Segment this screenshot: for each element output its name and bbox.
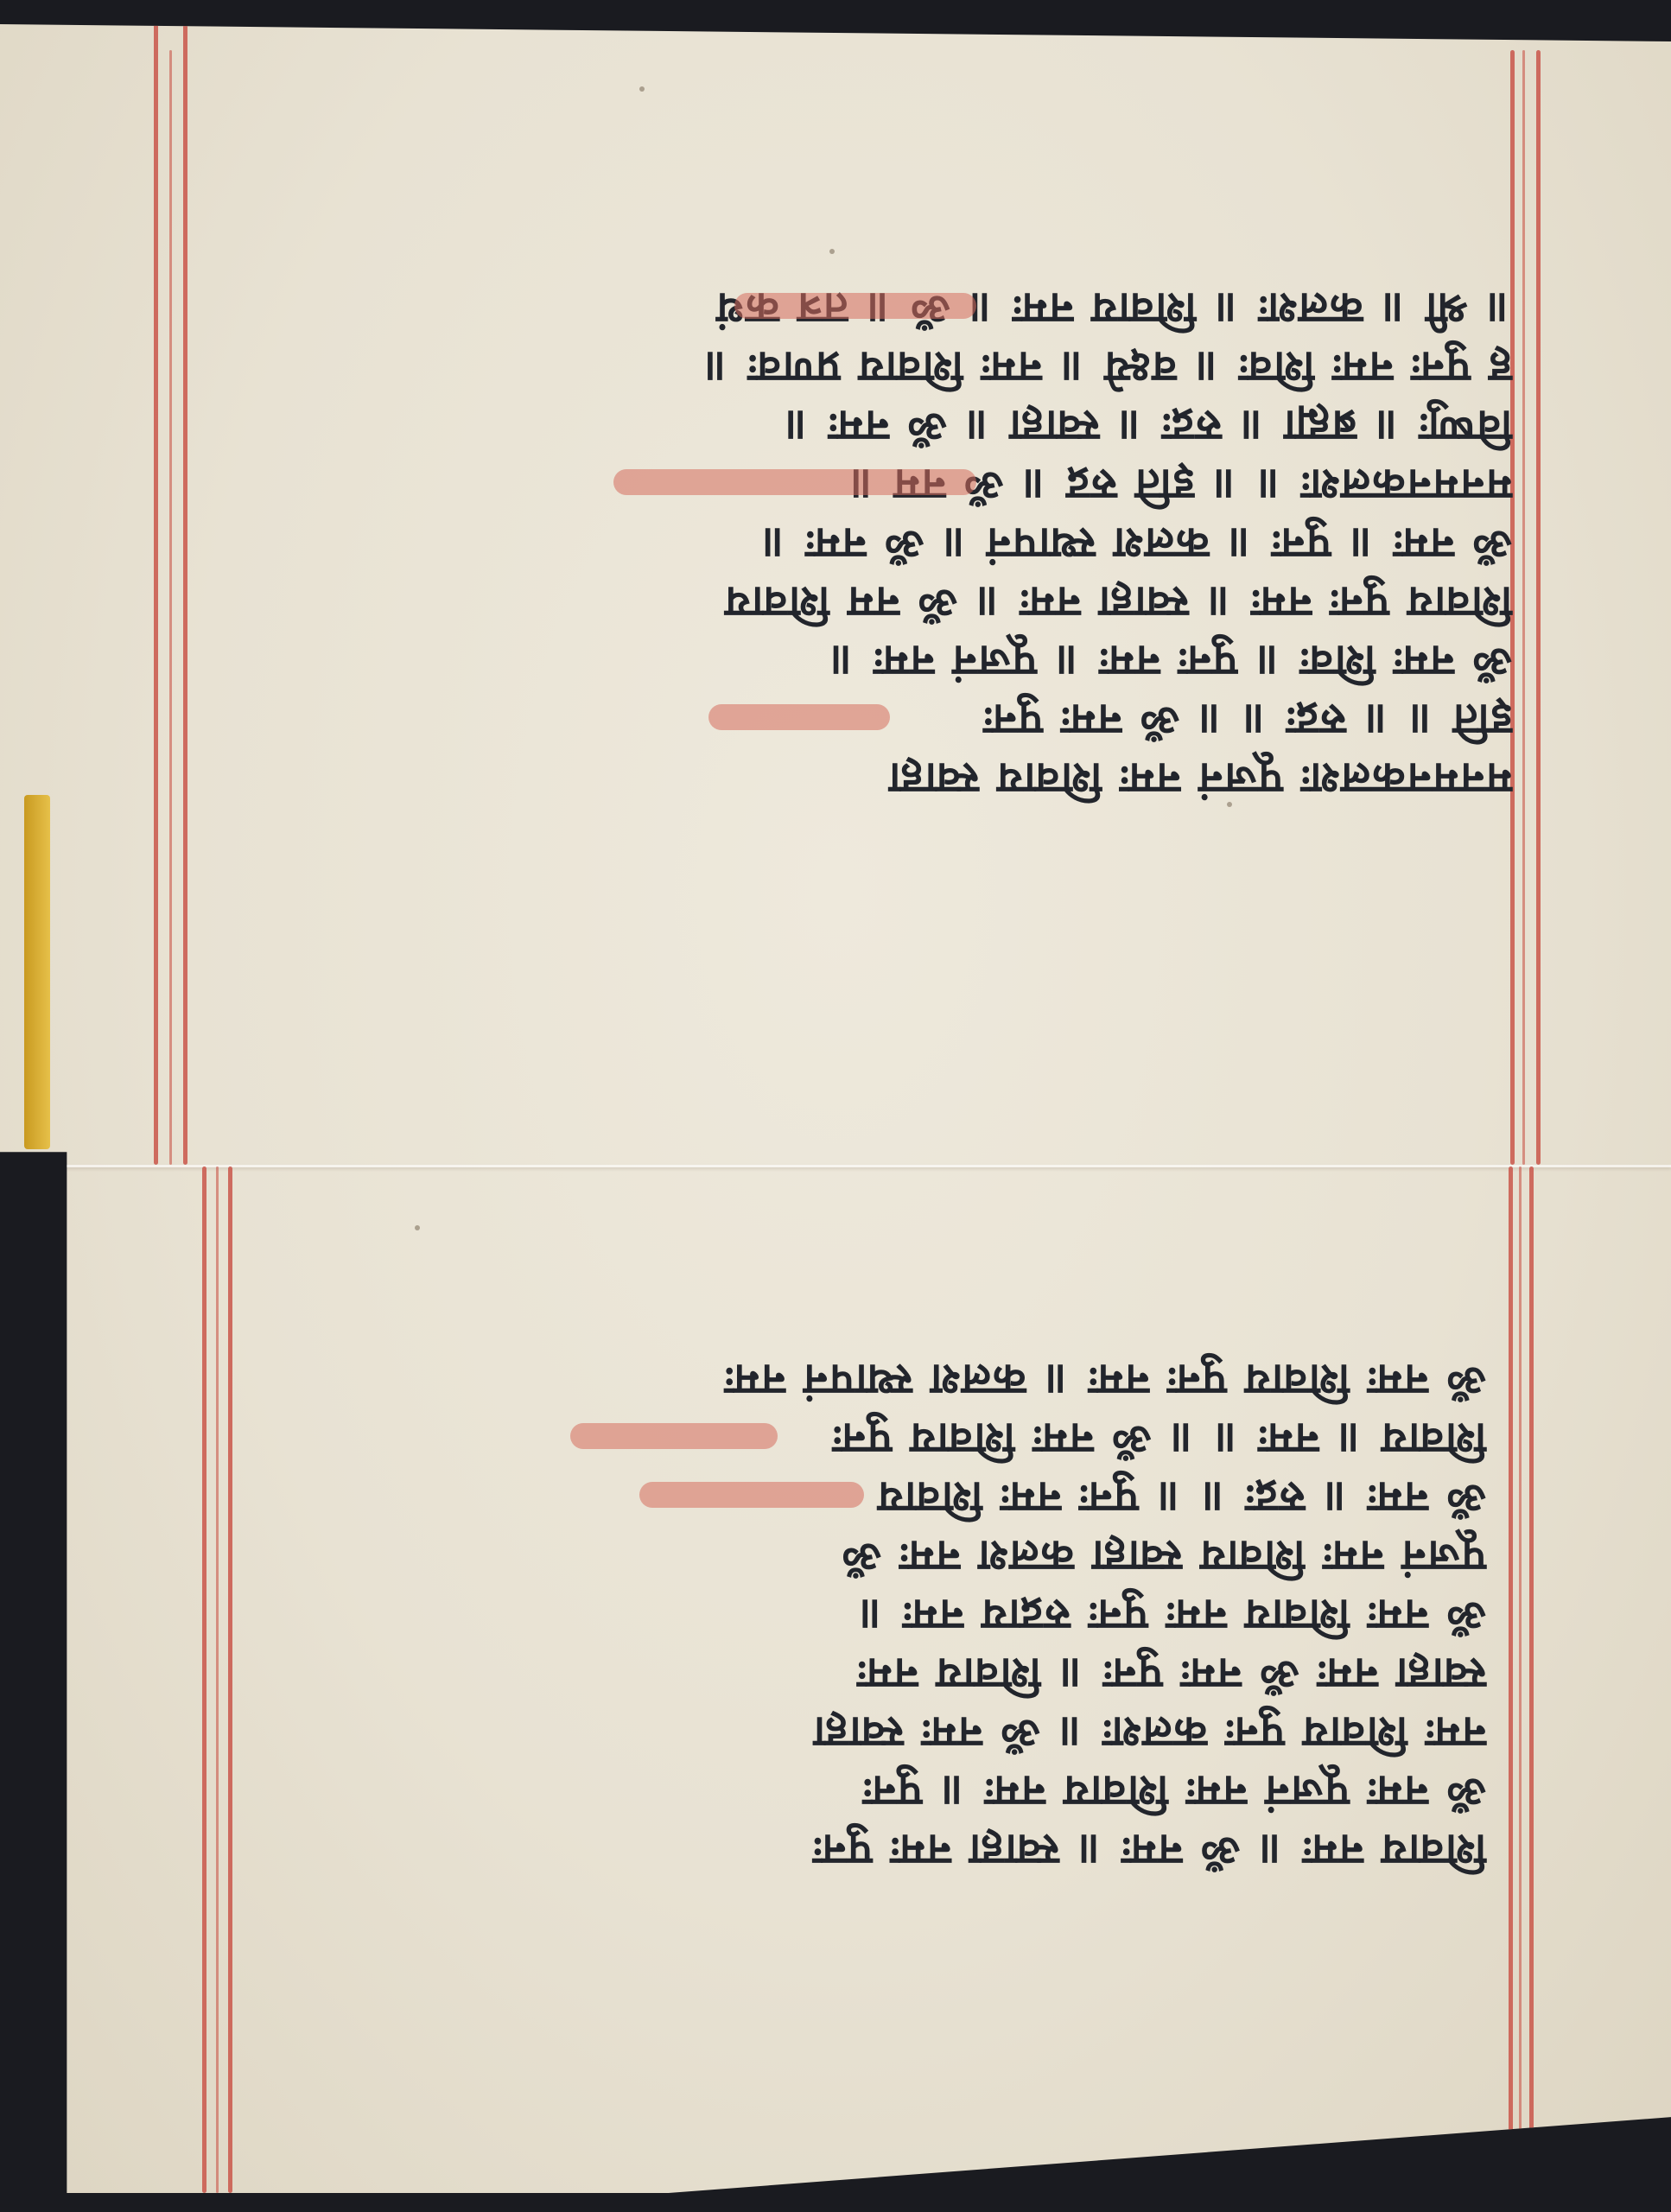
text-line: स्वाहा नमः ॐ नमः पुनः ॥ शिवाय नमः [233,1644,1486,1703]
binding-spine-edge [24,795,50,1149]
text-line: ॐ नमः पूजनं नमः शिवाय नमः ॥ पुनः [233,1762,1486,1821]
rubric-highlight [613,469,976,495]
right-border-rule-2 [1522,50,1525,1165]
text-line: ॥ श्री ॥ कलशः ॥ शिवाय नमः ॥ ॐ ॥ तत्र कथं [216,279,1512,338]
left-border-rule-5 [216,1166,219,2193]
rubric-highlight [570,1423,778,1449]
paper-speck [1227,802,1232,807]
page-fold [52,1165,1671,1167]
rubric-highlight [639,1482,864,1508]
paper-speck [639,86,645,92]
text-line: इति ॥ ॥ रुद्रः ॥ ॥ ॐ नमः पुनः [216,690,1512,749]
paper-speck [415,1225,420,1230]
text-line: विष्णुः ॥ ब्रह्मा ॥ रुद्रः ॥ स्वाहा ॥ ॐ … [216,397,1512,455]
text-line: ॐ नमः शिवः ॥ पुनः नमः ॥ पूजनं नमः ॥ [216,632,1512,690]
paper-speck [829,249,835,254]
text-line: शिवाय नमः ॥ ॐ नमः ॥ स्वाहा नमः पुनः [233,1821,1486,1879]
text-line: मनमनकलशः पूजनं नमः शिवाय स्वाहा [216,749,1512,808]
text-line: ह पुनः नमः शिवः ॥ वक्ष्ये ॥ नमः शिवाय प्… [216,338,1512,397]
upper-text-block: ॥ श्री ॥ कलशः ॥ शिवाय नमः ॥ ॐ ॥ तत्र कथं… [216,279,1512,808]
right-border-rule-3 [1536,50,1541,1165]
left-border-rule-3 [183,24,187,1165]
lower-text-block: ॐ नमः शिवाय पुनः नमः ॥ कलश स्थापनं नमः श… [233,1351,1486,1879]
text-line: ॐ नमः शिवाय नमः पुनः रुद्राय नमः ॥ [233,1586,1486,1644]
right-border-rule-5 [1519,1166,1522,2143]
text-line: मनमनकलशः ॥ ॥ इति रुद्र ॥ ॐ नम ॥ [216,455,1512,514]
text-line: शिवाय पुनः नमः ॥ स्वाहा नमः ॥ ॐ नम शिवाय [216,573,1512,632]
text-line: ॐ नमः शिवाय पुनः नमः ॥ कलश स्थापनं नमः [233,1351,1486,1409]
rubric-highlight [734,293,976,319]
left-border-rule-6 [228,1166,232,2193]
rubric-highlight [708,704,890,730]
left-border-rule-2 [169,50,172,1165]
right-border-rule-6 [1529,1166,1534,2143]
manuscript-page: ॥ श्री ॥ कलशः ॥ शिवाय नमः ॥ ॐ ॥ तत्र कथं… [0,24,1671,2193]
right-border-rule-4 [1509,1166,1513,2143]
text-line: शिवाय ॥ नमः ॥ ॥ ॐ नमः शिवाय पुनः [233,1409,1486,1468]
text-line: पूजनं नमः शिवाय स्वाहा कलश नमः ॐ [233,1527,1486,1586]
text-line: ॐ नमः ॥ पुनः ॥ कलश स्थापनं ॥ ॐ नमः ॥ [216,514,1512,573]
left-border-rule-4 [202,1166,206,2193]
text-line: ॐ नमः ॥ रुद्रः ॥ ॥ पुनः नमः शिवाय [233,1468,1486,1527]
text-line: नमः शिवाय पुनः कलशः ॥ ॐ नमः स्वाहा [233,1703,1486,1762]
left-border-rule-1 [154,24,158,1165]
